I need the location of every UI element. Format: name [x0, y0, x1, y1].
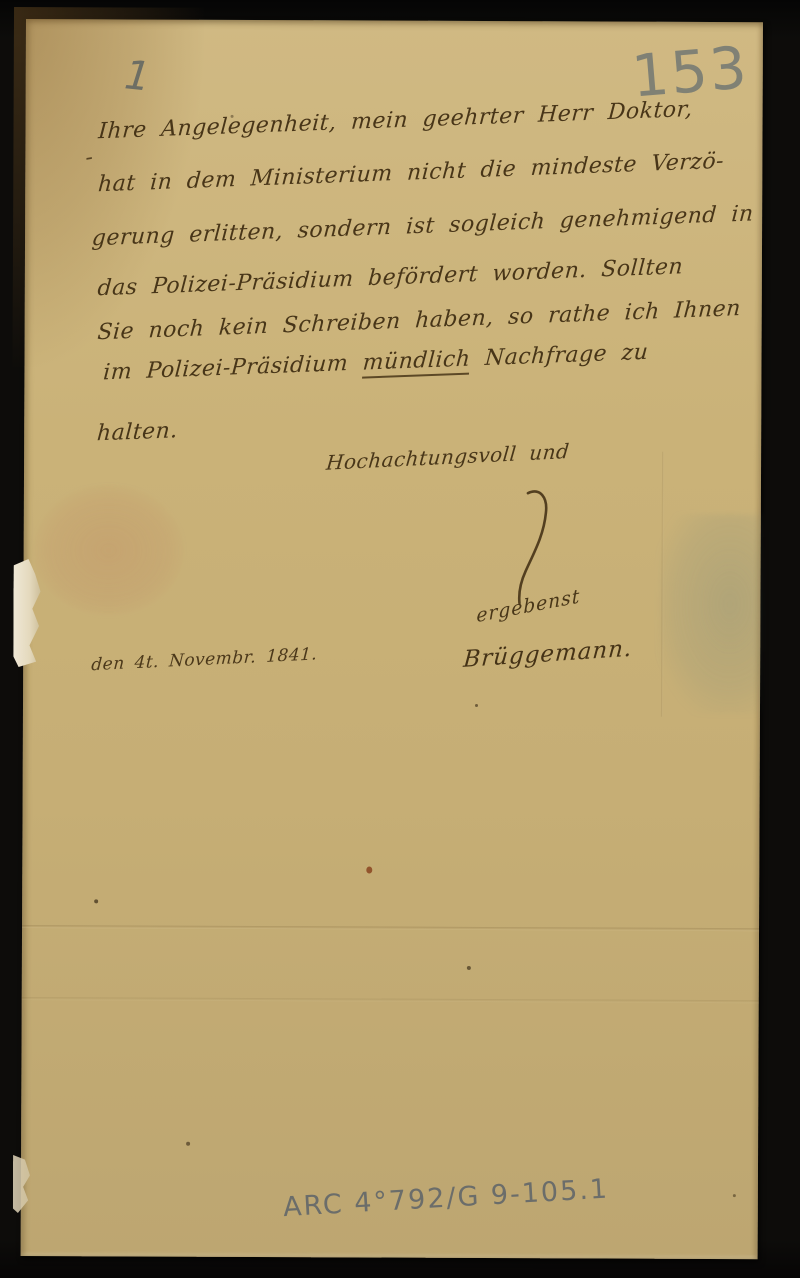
dark-speck	[94, 899, 98, 903]
closing-line: Hochachtungsvoll und	[325, 439, 570, 475]
letter-page: 1 153 - Ihre Angelegenheit, mein geehrte…	[21, 19, 763, 1259]
signature: Brüggemann.	[462, 636, 633, 673]
scan-background: 1 153 - Ihre Angelegenheit, mein geehrte…	[0, 0, 800, 1278]
left-edge-small-tear	[13, 1155, 30, 1213]
fold-crease-horizontal-2	[22, 997, 759, 1003]
dark-speck	[475, 704, 478, 707]
pencil-folio-number: 1	[122, 52, 152, 100]
handwritten-line-1: Ihre Angelegenheit, mein geehrter Herr D…	[97, 94, 778, 145]
margin-dash-mark: -	[83, 145, 95, 171]
line-6-suffix: Nachfrage zu	[470, 340, 650, 372]
handwritten-line-2: hat in dem Ministerium nicht die mindest…	[97, 147, 778, 198]
gray-residue-patch	[658, 514, 761, 714]
archival-reference: ARC 4°792/G 9-105.1	[282, 1174, 610, 1223]
dark-speck	[467, 966, 471, 970]
dark-speck	[733, 1194, 736, 1197]
underlined-word: mündlich	[362, 346, 472, 378]
handwritten-line-7: halten.	[96, 396, 777, 447]
dark-speck	[186, 1142, 190, 1146]
handwritten-line-4: das Polizei-Präsidium befördert worden. …	[97, 251, 778, 302]
fold-crease-horizontal	[22, 925, 759, 931]
pink-stain	[33, 485, 184, 616]
left-edge-tear	[13, 559, 40, 667]
rust-speck	[366, 866, 372, 873]
date-line: den 4t. Novembr. 1841.	[91, 644, 318, 675]
handwritten-line-6: im Polizei-Präsidium mündlich Nachfrage …	[102, 335, 783, 386]
handwritten-line-5: Sie noch kein Schreiben haben, so rathe …	[97, 295, 778, 346]
line-6-prefix: im Polizei-Präsidium	[102, 351, 363, 386]
handwritten-line-3: gerung erlitten, sondern ist sogleich ge…	[91, 201, 772, 252]
